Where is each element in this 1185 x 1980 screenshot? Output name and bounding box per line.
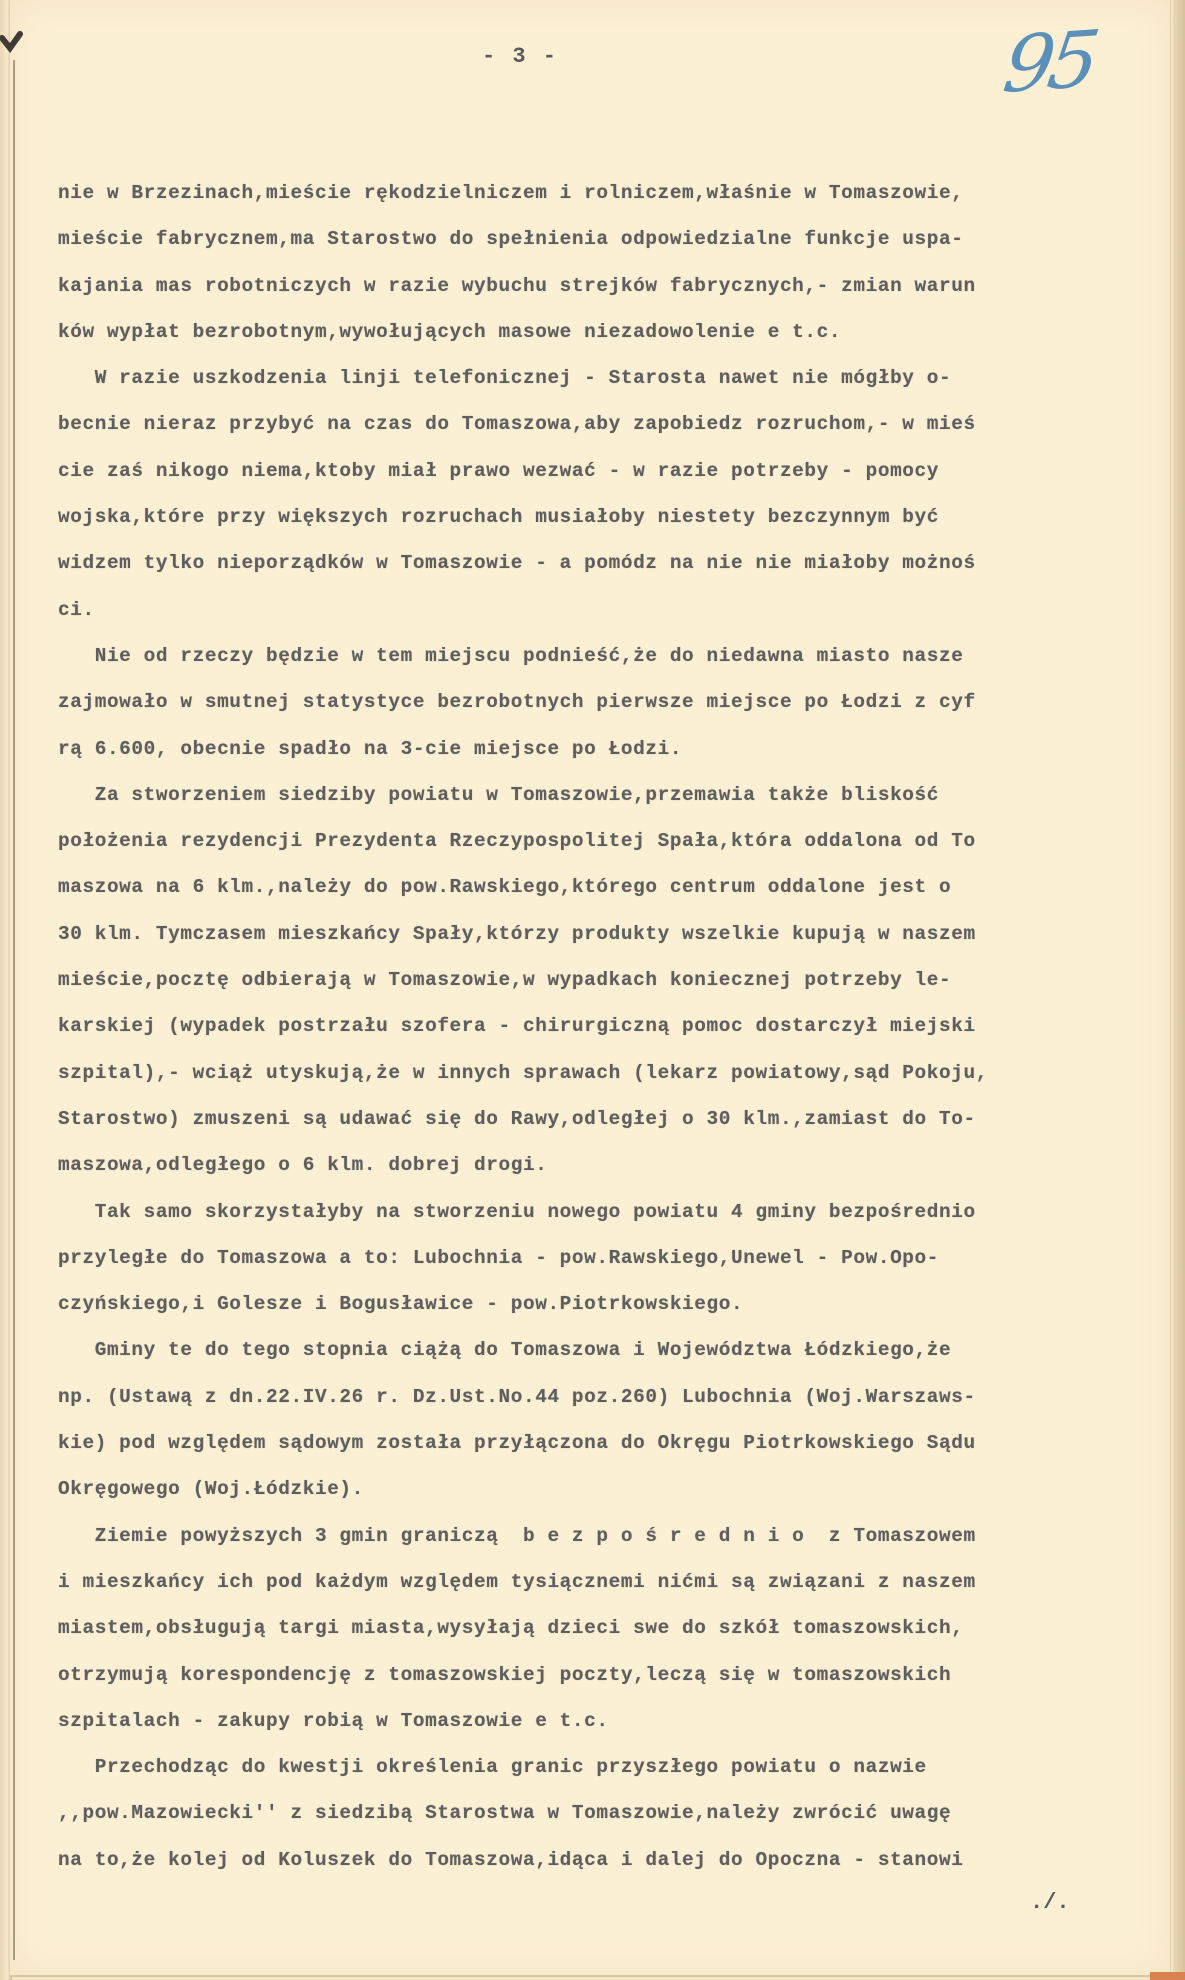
text-line: ,,pow.Mazowiecki'' z siedzibą Starostwa … <box>58 1790 1158 1836</box>
text-line: Okręgowego (Woj.Łódzkie). <box>58 1466 1158 1512</box>
text-line: karskiej (wypadek postrzału szofera - ch… <box>58 1003 1158 1049</box>
text-line: czyńskiego,i Golesze i Bogusławice - pow… <box>58 1281 1158 1327</box>
text-line: Ziemie powyższych 3 gmin graniczą b e z … <box>58 1513 1158 1559</box>
text-line: przyległe do Tomaszowa a to: Lubochnia -… <box>58 1235 1158 1281</box>
text-line: widzem tylko nieporządków w Tomaszowie -… <box>58 540 1158 586</box>
text-line: na to,że kolej od Koluszek do Tomaszowa,… <box>58 1837 1158 1883</box>
text-line: zajmowało w smutnej statystyce bezrobotn… <box>58 679 1158 725</box>
text-line: Przechodząc do kwestji określenia granic… <box>58 1744 1158 1790</box>
text-line: maszowa,odległego o 6 klm. dobrej drogi. <box>58 1142 1158 1188</box>
text-line: Nie od rzeczy będzie w tem miejscu podni… <box>58 633 1158 679</box>
folder-edge <box>1150 1972 1185 1980</box>
text-line: Tak samo skorzystałyby na stworzeniu now… <box>58 1189 1158 1235</box>
text-line: mieście,pocztę odbierają w Tomaszowie,w … <box>58 957 1158 1003</box>
document-body: nie w Brzezinach,mieście rękodzielniczem… <box>58 170 1158 1883</box>
text-line: położenia rezydencji Prezydenta Rzeczypo… <box>58 818 1158 864</box>
text-line: otrzymują korespondencję z tomaszowskiej… <box>58 1652 1158 1698</box>
text-line: kajania mas robotniczych w razie wybuchu… <box>58 263 1158 309</box>
text-line: ci. <box>58 587 1158 633</box>
binding-clip-icon <box>0 30 26 60</box>
text-line: cie zaś nikogo niema,ktoby miał prawo we… <box>58 448 1158 494</box>
page-number: - 3 - <box>480 44 560 69</box>
text-line: rą 6.600, obecnie spadło na 3-cie miejsc… <box>58 726 1158 772</box>
text-line: ków wypłat bezrobotnym,wywołujących maso… <box>58 309 1158 355</box>
text-line: szpital),- wciąż utyskują,że w innych sp… <box>58 1050 1158 1096</box>
text-line: nie w Brzezinach,mieście rękodzielniczem… <box>58 170 1158 216</box>
handwritten-folio-number: 95 <box>998 15 1099 111</box>
text-line: maszowa na 6 klm.,należy do pow.Rawskieg… <box>58 864 1158 910</box>
text-line: wojska,które przy większych rozruchach m… <box>58 494 1158 540</box>
text-line: W razie uszkodzenia linji telefonicznej … <box>58 355 1158 401</box>
text-line: mieście fabrycznem,ma Starostwo do spełn… <box>58 216 1158 262</box>
page-fold-line <box>13 60 15 1960</box>
stacked-pages-edge <box>1173 0 1185 1980</box>
text-line: i mieszkańcy ich pod każdym względem tys… <box>58 1559 1158 1605</box>
text-line: 30 klm. Tymczasem mieszkańcy Spały,którz… <box>58 911 1158 957</box>
text-line: becnie nieraz przybyć na czas do Tomaszo… <box>58 401 1158 447</box>
text-line: Starostwo) zmuszeni są udawać się do Raw… <box>58 1096 1158 1142</box>
text-line: np. (Ustawą z dn.22.IV.26 r. Dz.Ust.No.4… <box>58 1374 1158 1420</box>
text-line: Za stworzeniem siedziby powiatu w Tomasz… <box>58 772 1158 818</box>
continuation-mark: ./. <box>1030 1890 1070 1915</box>
text-line: szpitalach - zakupy robią w Tomaszowie e… <box>58 1698 1158 1744</box>
text-line: kie) pod względem sądowym została przyłą… <box>58 1420 1158 1466</box>
text-line: miastem,obsługują targi miasta,wysyłają … <box>58 1605 1158 1651</box>
text-line: Gminy te do tego stopnia ciążą do Tomasz… <box>58 1327 1158 1373</box>
